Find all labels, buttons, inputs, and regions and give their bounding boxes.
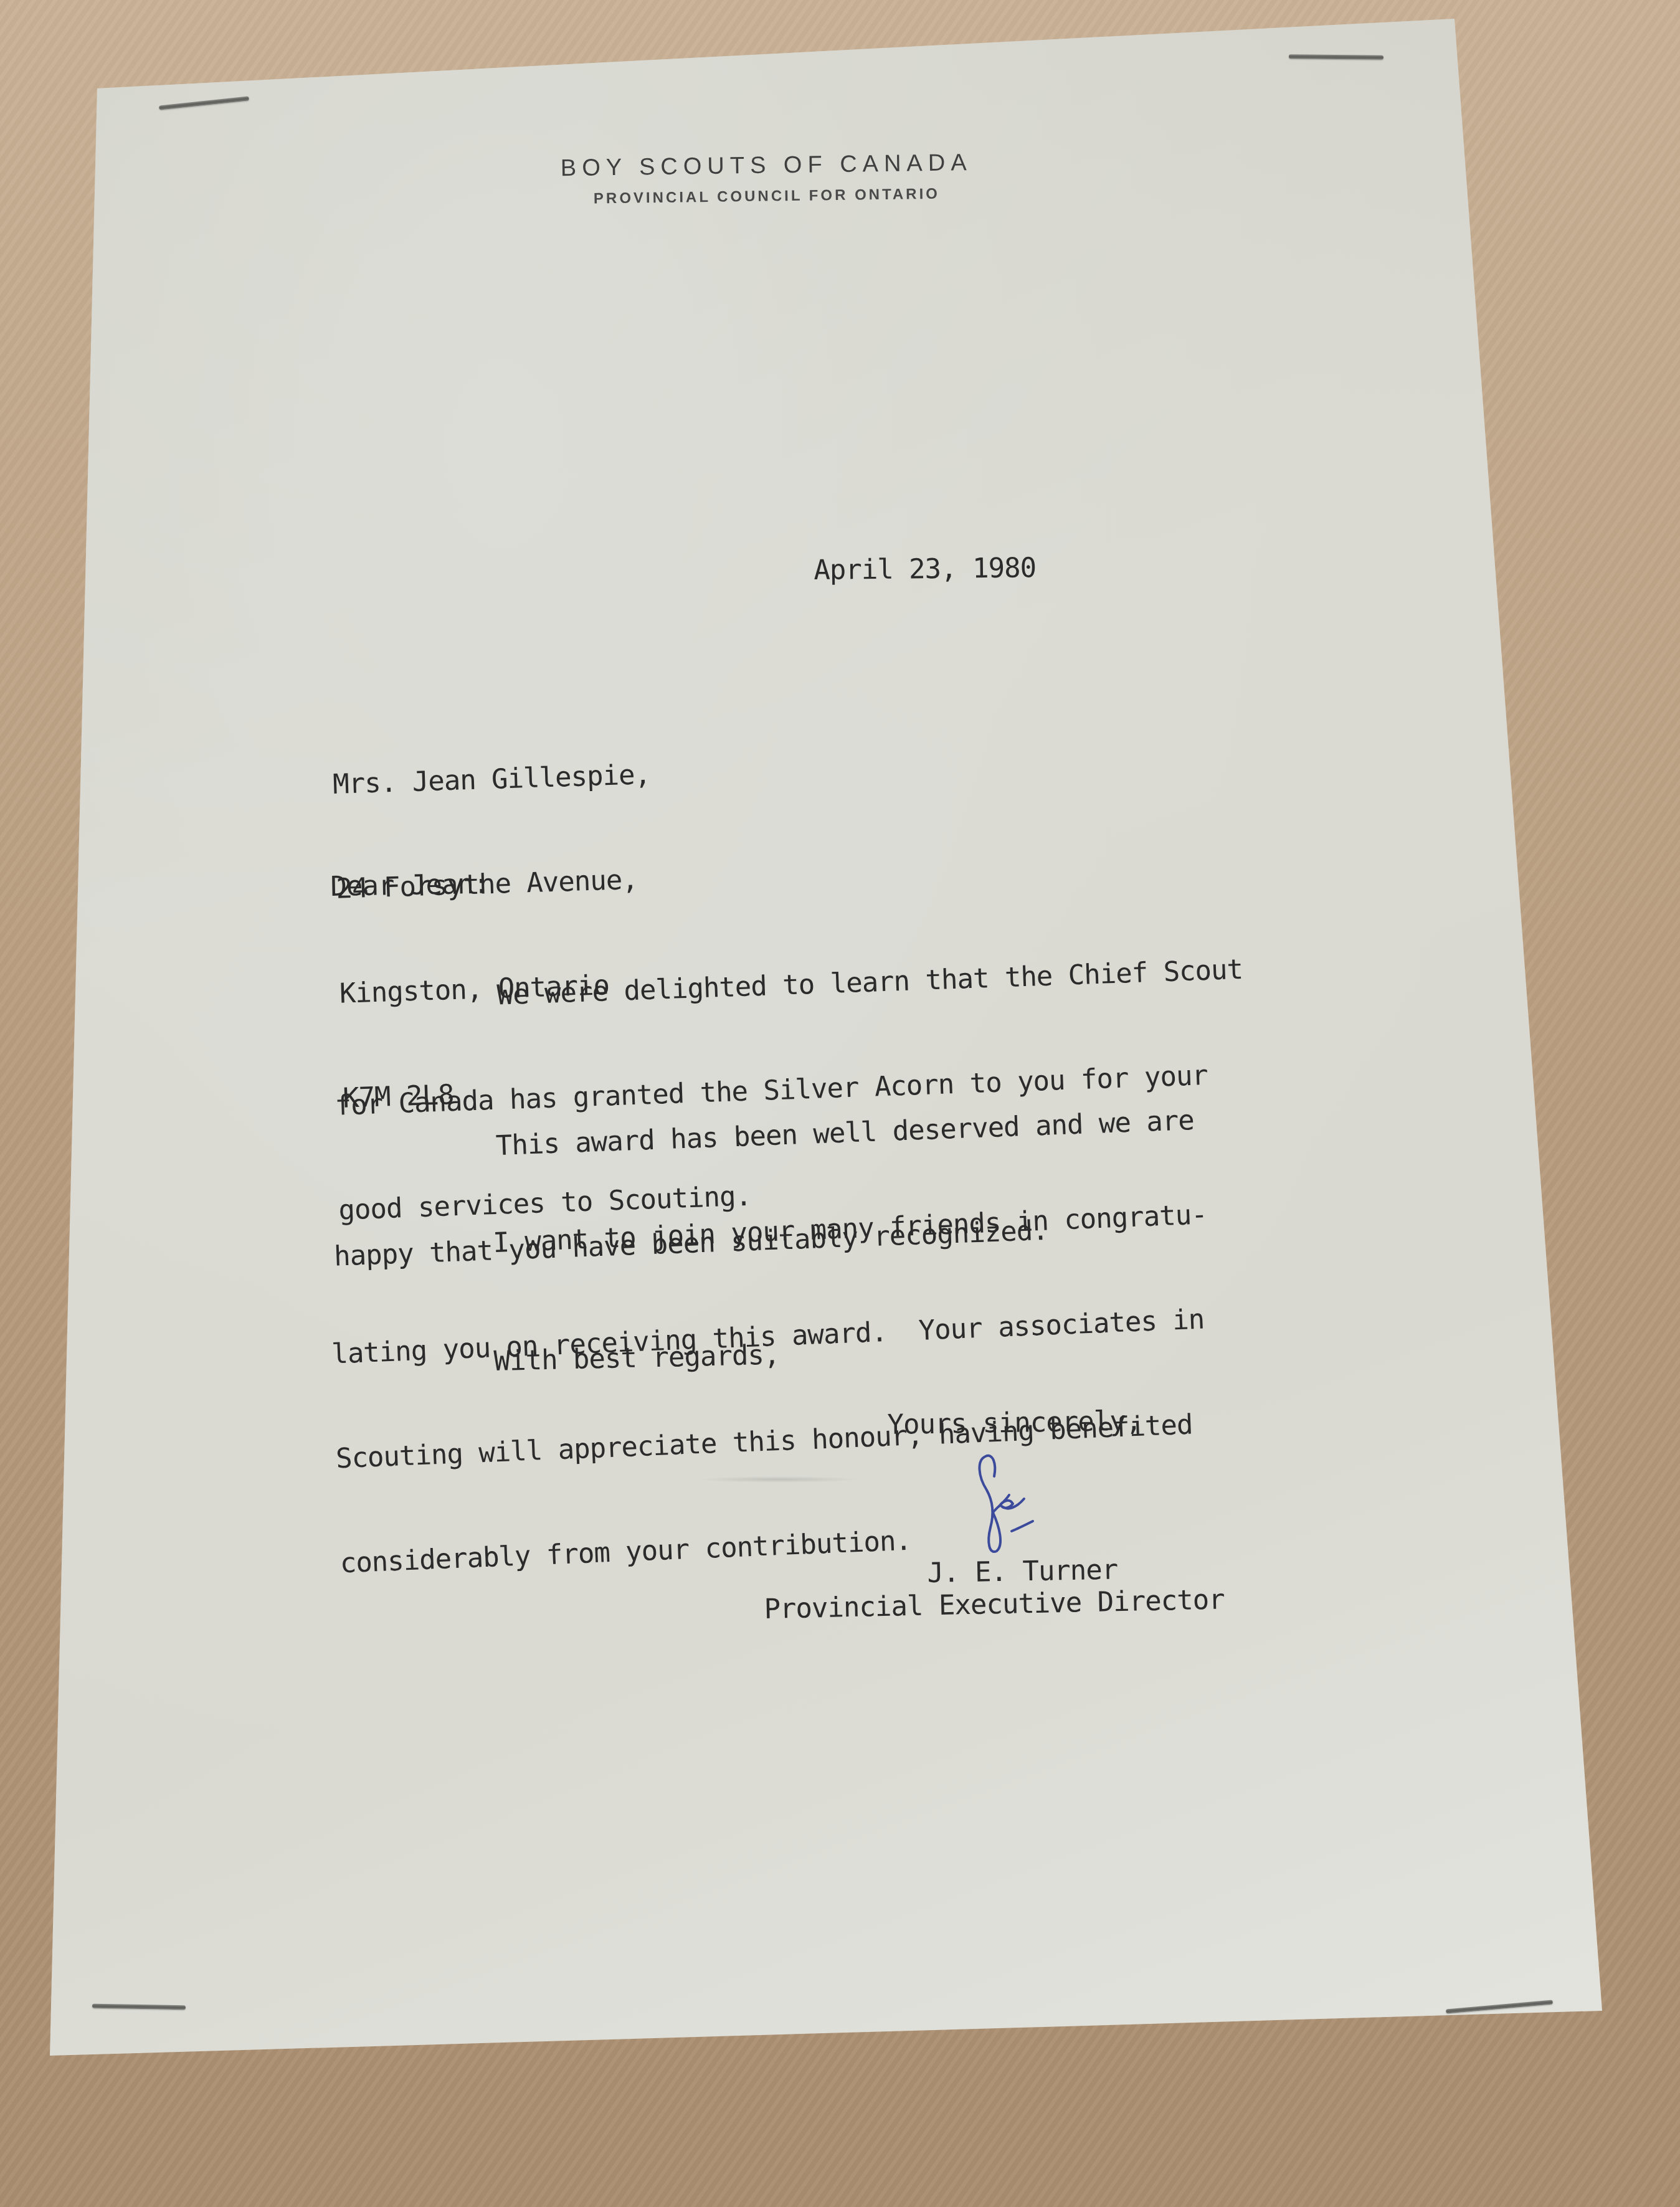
paragraph-line: We were delighted to learn that the Chie…: [331, 952, 1243, 1019]
salutation: Dear Jean:: [330, 867, 490, 904]
address-line: Mrs. Jean Gillespie,: [333, 757, 651, 802]
handwritten-signature: [972, 1451, 1059, 1557]
closing-line: Yours sincerely,: [887, 1404, 1142, 1443]
regards-line: With best regards,: [493, 1338, 780, 1379]
ink-smudge: [698, 1476, 860, 1483]
paragraph-line: I want to join your many friends in cong…: [326, 1197, 1207, 1268]
letter-date: April 23, 1980: [814, 551, 1036, 588]
letterhead: BOY SCOUTS OF CANADA PROVINCIAL COUNCIL …: [526, 149, 1007, 209]
staple-top-right: [1289, 54, 1383, 59]
